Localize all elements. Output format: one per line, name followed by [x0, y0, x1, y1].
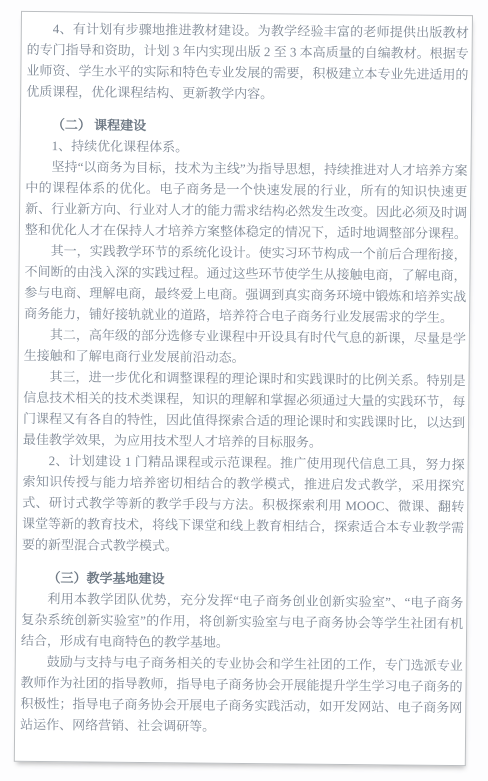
paragraph-point-two-electives: 其二，高年级的部分选修专业课程中开设具有时代气息的新课，尽量是学生接触和了解电商… — [24, 324, 466, 370]
paragraph-point-one-practice: 其一，实践教学环节的系统化设计。使实习环节构成一个前后合理衔接，不间断的由浅入深… — [24, 240, 467, 328]
scanned-document-page: 4、有计划有步骤地推进教材建设。为教学经验丰富的老师提供出版教材的专门指导和资助… — [14, 11, 473, 766]
paragraph-premium-course-plan: 2、计划建设 1 门精品课程或示范课程。推广使用现代信息工具，努力探索知识传授与… — [22, 450, 465, 559]
paragraph-point-three-ratio: 其三，进一步优化和调整课程的理论课时和实践课时的比例关系。特别是信息技术相关的技… — [23, 366, 466, 454]
paragraph-guiding-principle: 坚持“以商务为目标，技术为主线”为指导思想，持续推进对人才培养方案中的课程体系的… — [25, 156, 468, 244]
paragraph-lab-teaching-base: 利用本教学团队优势，充分发挥“电子商务创业创新实验室”、“电子商务复杂系统创新实… — [21, 588, 464, 655]
paragraph-student-associations: 鼓励与支持与电子商务相关的专业协会和学生社团的工作，专门选派专业教师作为社团的指… — [20, 651, 463, 739]
document-body: 4、有计划有步骤地推进教材建设。为教学经验丰富的老师提供出版教材的专门指导和资助… — [15, 12, 472, 739]
paragraph-textbook-construction: 4、有计划有步骤地推进教材建设。为教学经验丰富的老师提供出版教材的专门指导和资助… — [26, 18, 469, 106]
